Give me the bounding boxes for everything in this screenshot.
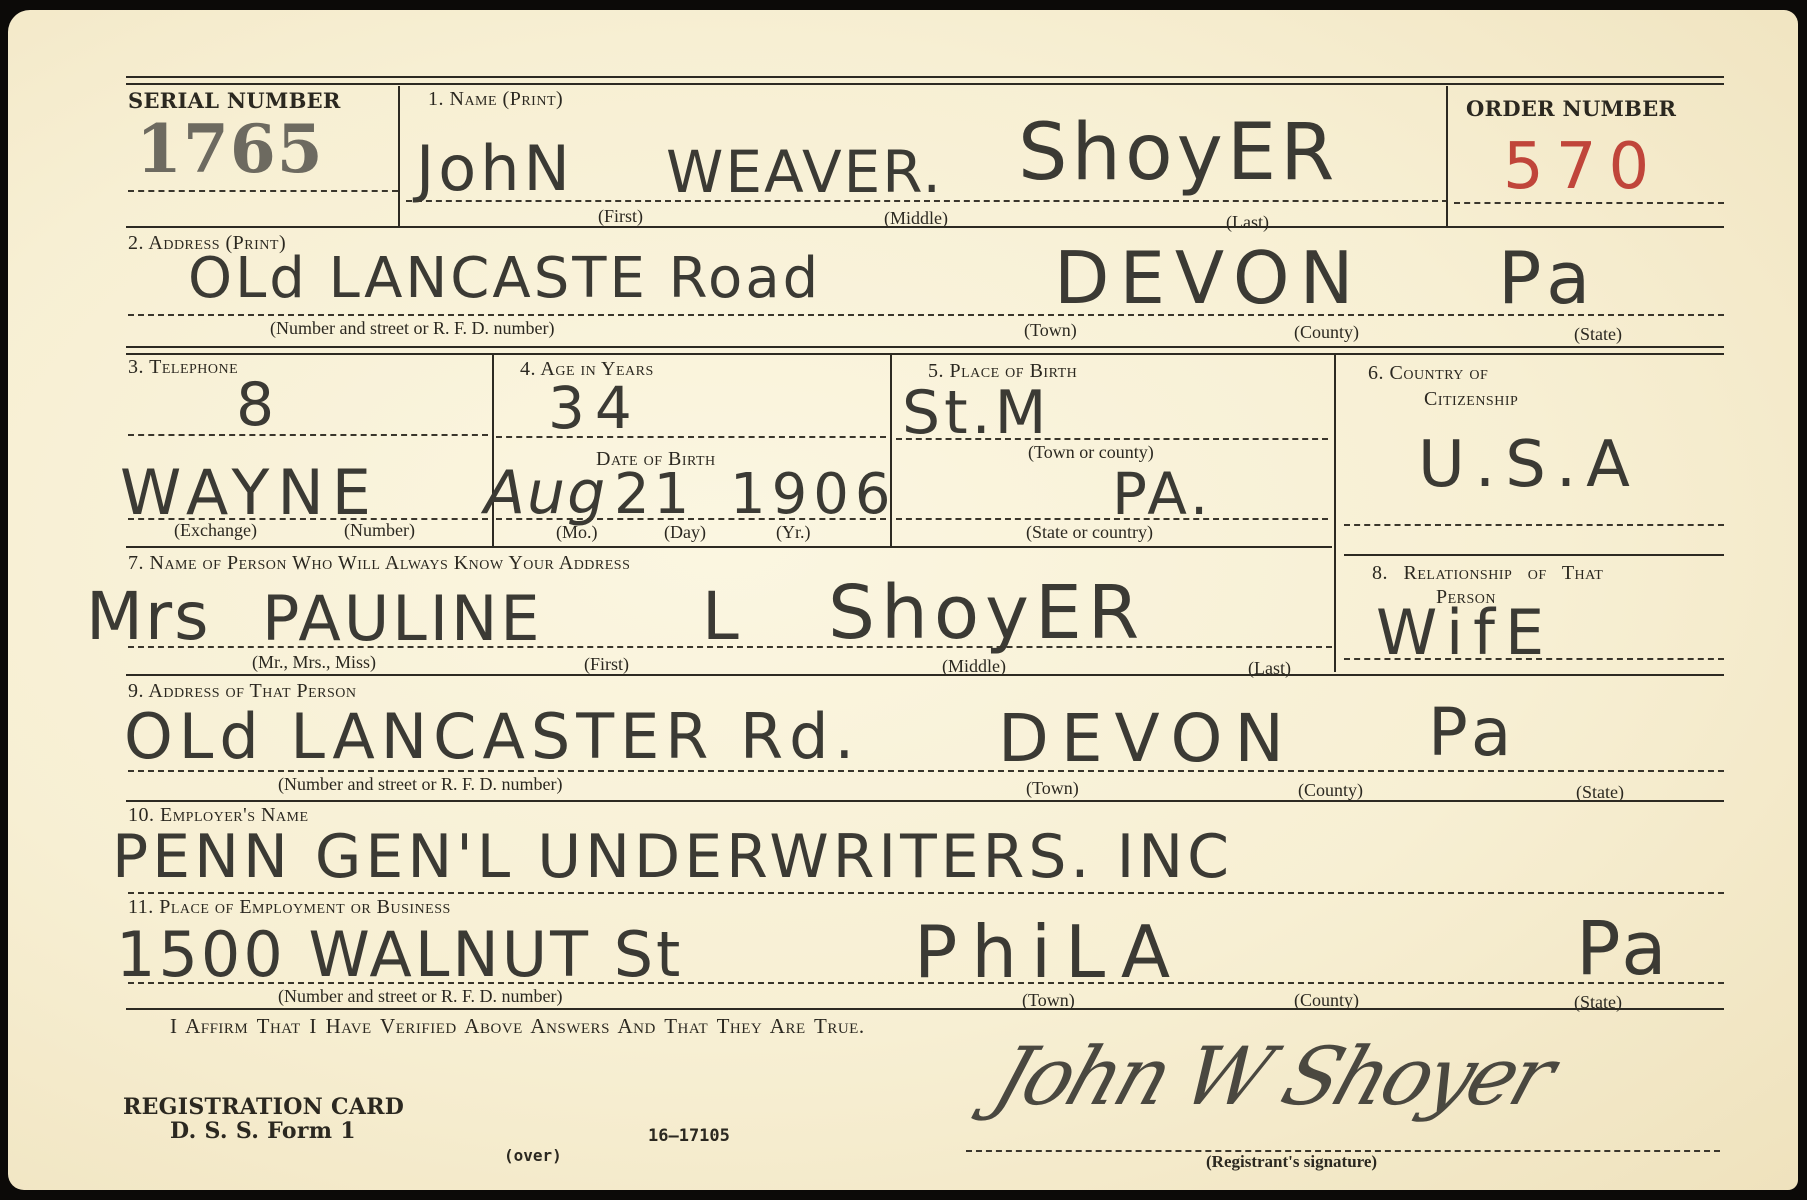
contact-address-town-caption: (Town) — [1026, 778, 1079, 799]
name-first-caption: (First) — [598, 206, 643, 227]
citizenship-value: U.S.A — [1418, 428, 1640, 502]
employment-street-caption: (Number and street or R. F. D. number) — [278, 986, 563, 1007]
registrant-signature: John W Shoyer — [983, 1030, 1563, 1123]
place-of-birth-state-caption: (State or country) — [1026, 522, 1153, 543]
contact-first-caption: (First) — [584, 654, 629, 675]
contact-address-state-value: Pa — [1428, 694, 1517, 771]
row-3-6-bottom-rule-right — [1344, 554, 1724, 556]
contact-label: 7. Name of Person Who Will Always Know Y… — [128, 552, 630, 575]
address-street-caption: (Number and street or R. F. D. number) — [270, 318, 555, 339]
relationship-label-line1: 8. Relationship of That — [1372, 562, 1603, 585]
contact-last-value: ShoyER — [828, 570, 1145, 656]
order-number-label: ORDER NUMBER — [1466, 96, 1676, 121]
name-label: 1. Name (Print) — [428, 88, 563, 111]
name-last-value: ShoyER — [1018, 108, 1338, 198]
section-1-bottom-rule — [126, 226, 1724, 228]
contact-title-value: Mrs — [86, 578, 210, 655]
name-order-divider — [1446, 86, 1448, 226]
contact-address-town-value: DEVON — [998, 700, 1296, 777]
citizenship-label-line1: 6. Country of — [1368, 362, 1488, 385]
telephone-number-value: 8 — [236, 370, 280, 440]
dob-day-caption: (Day) — [664, 522, 706, 543]
age-line — [496, 436, 886, 438]
row-3-6-bottom-rule-left — [126, 546, 1332, 548]
serial-name-divider — [398, 86, 400, 226]
order-number-line — [1454, 202, 1724, 204]
contact-middle-value: L — [702, 578, 745, 655]
serial-number-value: 1765 — [136, 110, 324, 188]
dob-line — [496, 518, 886, 520]
over-note: (over) — [504, 1146, 562, 1165]
address-town-caption: (Town) — [1024, 320, 1077, 341]
print-code: 16—17105 — [648, 1126, 730, 1146]
section-9-bottom-rule — [126, 800, 1724, 802]
registration-card-title: REGISTRATION CARD — [123, 1094, 404, 1120]
address-state-value: Pa — [1498, 236, 1598, 320]
name-last-caption: (Last) — [1226, 212, 1269, 233]
affirmation-text: I Affirm That I Have Verified Above Answ… — [170, 1014, 865, 1039]
address-town-value: DEVON — [1054, 236, 1363, 320]
dob-year-caption: (Yr.) — [776, 522, 811, 543]
contact-address-line — [128, 770, 1724, 772]
address-county-caption: (County) — [1294, 322, 1359, 343]
form-id: D. S. S. Form 1 — [170, 1118, 356, 1144]
section-2-bottom-rule — [126, 346, 1724, 355]
telephone-number-caption: (Number) — [344, 520, 415, 541]
employment-state-value: Pa — [1576, 906, 1671, 992]
place-of-birth-state-line — [896, 518, 1328, 520]
name-line — [406, 200, 1448, 202]
telephone-exchange-caption: (Exchange) — [174, 520, 257, 541]
address-state-caption: (State) — [1574, 324, 1622, 345]
contact-title-caption: (Mr., Mrs., Miss) — [252, 652, 376, 673]
citizenship-label-line2: Citizenship — [1424, 388, 1518, 411]
employer-value: PENN GEN'L UNDERWRITERS. INC — [112, 822, 1233, 892]
pob-citizenship-divider — [1334, 354, 1336, 672]
serial-number-line — [128, 190, 398, 192]
employment-street-value: 1500 WALNUT St — [116, 918, 683, 991]
name-first-value: JohN — [416, 132, 574, 205]
dob-month-caption: (Mo.) — [556, 522, 598, 543]
age-value: 34 — [548, 374, 642, 442]
order-number-value: 570 — [1503, 130, 1661, 204]
employment-line — [128, 982, 1724, 984]
employment-place-label: 11. Place of Employment or Business — [128, 896, 451, 919]
employer-line — [128, 892, 1724, 894]
contact-address-street-value: OLd LANCASTER Rd. — [124, 700, 860, 773]
section-11-bottom-rule — [126, 1008, 1724, 1010]
telephone-label: 3. Telephone — [128, 356, 238, 379]
registration-card: SERIAL NUMBER 1765 1. Name (Print) JohN … — [8, 10, 1798, 1190]
address-street-value: OLd LANCASTE Road — [188, 246, 821, 311]
contact-first-value: PAULINE — [262, 582, 543, 655]
citizenship-line — [1344, 524, 1724, 526]
section-7-bottom-rule — [126, 674, 1724, 676]
name-middle-value: WEAVER. — [666, 138, 943, 206]
place-of-birth-town-line — [896, 438, 1328, 440]
relationship-line — [1344, 658, 1724, 660]
contact-address-street-caption: (Number and street or R. F. D. number) — [278, 774, 563, 795]
top-double-rule — [126, 76, 1724, 85]
address-line — [128, 314, 1724, 316]
contact-line — [128, 646, 1332, 648]
telephone-number-line — [128, 434, 488, 436]
signature-caption: (Registrant's signature) — [1206, 1152, 1377, 1172]
contact-address-county-caption: (County) — [1298, 780, 1363, 801]
